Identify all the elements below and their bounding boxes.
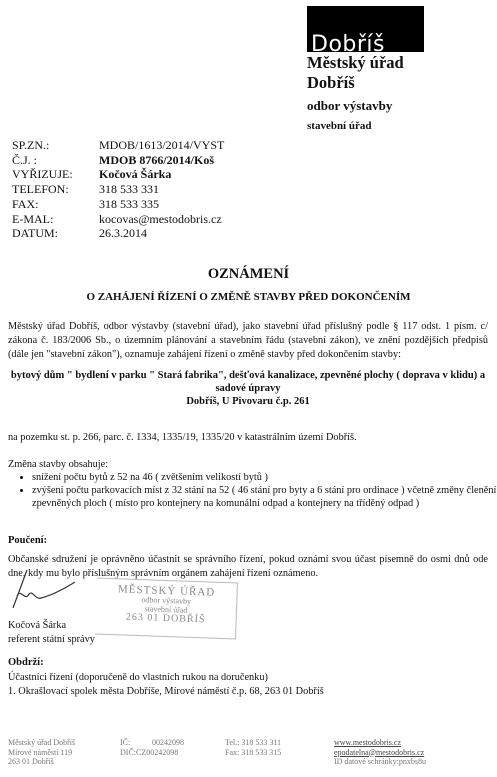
recipients-heading: Obdrží:: [8, 657, 44, 668]
meta-label: TELEFON:: [12, 182, 99, 197]
official-stamp: MĚSTSKÝ ÚŘAD odbor výstavby stavební úřa…: [95, 578, 238, 640]
sub-department-name: stavební úřad: [307, 120, 372, 132]
footer-ic: IČ:00242098: [120, 738, 184, 748]
office-name-line1: Městský úřad: [307, 53, 404, 73]
footer-address-line: 263 01 Dobříš: [8, 757, 75, 767]
meta-label: Č.J. :: [12, 153, 99, 168]
meta-label: E-MAL:: [12, 212, 99, 227]
footer-contacts: www.mestodobris.cz epodatelna@mestodobri…: [334, 738, 426, 767]
footer-dic: DIČ:CZ00242098: [120, 748, 184, 758]
project-address: Dobříš, U Pivovaru č.p. 261: [8, 395, 488, 408]
meta-value: Kočová Šárka: [99, 167, 171, 182]
meta-value: MDOB 8766/2014/Koš: [99, 153, 214, 168]
meta-row-spzn: SP.ZN.: MDOB/1613/2014/VYST: [12, 138, 224, 153]
list-item: zvýšení počtu parkovacích míst z 32 stán…: [32, 484, 497, 510]
meta-value: 318 533 335: [99, 197, 159, 212]
meta-row-fax: FAX: 318 533 335: [12, 197, 224, 212]
footer-address-line: Městský úřad Dobříš: [8, 738, 75, 748]
instruction-heading: Poučení:: [8, 535, 47, 546]
meta-value: kocovas@mestodobris.cz: [99, 212, 222, 227]
meta-value: 26.3.2014: [99, 226, 147, 241]
meta-row-cj: Č.J. : MDOB 8766/2014/Koš: [12, 153, 224, 168]
city-logo: Dobříš: [307, 6, 424, 52]
project-name: bytový dům " bydlení v parku " Stará fab…: [8, 369, 488, 395]
office-name-line2: Dobříš: [307, 73, 355, 93]
project-description: bytový dům " bydlení v parku " Stará fab…: [8, 369, 488, 408]
document-subtitle: O ZAHÁJENÍ ŘÍZENÍ O ZMĚNĚ STAVBY PŘED DO…: [0, 291, 497, 303]
ic-label: IČ:: [120, 738, 152, 748]
changes-list: snížení počtu bytů z 52 na 46 ( zvětšení…: [18, 471, 497, 510]
signature-icon: [5, 568, 85, 618]
meta-label: DATUM:: [12, 226, 99, 241]
footer-tel: Tel.: 318 533 311: [225, 738, 281, 748]
email-link[interactable]: epodatelna@mestodobris.cz: [334, 748, 426, 758]
website-link[interactable]: www.mestodobris.cz: [334, 738, 426, 748]
meta-row-telefon: TELEFON: 318 533 331: [12, 182, 224, 197]
department-name: odbor výstavby: [307, 98, 392, 114]
footer-address: Městský úřad Dobříš Mírové náměstí 119 2…: [8, 738, 75, 767]
meta-value: 318 533 331: [99, 182, 159, 197]
footer-fax: Fax: 318 533 315: [225, 748, 281, 758]
footer-phones: Tel.: 318 533 311 Fax: 318 533 315: [225, 738, 281, 757]
list-item: snížení počtu bytů z 52 na 46 ( zvětšení…: [32, 471, 497, 484]
recipient-line: Účastníci řízení (doporučeně do vlastníc…: [8, 671, 324, 685]
meta-label: VYŘIZUJE:: [12, 167, 99, 182]
recipients-list: Účastníci řízení (doporučeně do vlastníc…: [8, 671, 324, 699]
changes-heading: Změna stavby obsahuje:: [8, 459, 108, 470]
footer-address-line: Mírové náměstí 119: [8, 748, 75, 758]
meta-row-email: E-MAL: kocovas@mestodobris.cz: [12, 212, 224, 227]
meta-label: FAX:: [12, 197, 99, 212]
signer-role: referent státní správy: [8, 633, 95, 647]
meta-row-vyrizuje: VYŘIZUJE: Kočová Šárka: [12, 167, 224, 182]
intro-paragraph: Městský úřad Dobříš, odbor výstavby (sta…: [8, 320, 488, 362]
signer-name: Kočová Šárka: [8, 619, 95, 633]
footer-ids: IČ:00242098 DIČ:CZ00242098: [120, 738, 184, 757]
logo-text: Dobříš: [311, 32, 385, 52]
meta-row-datum: DATUM: 26.3.2014: [12, 226, 224, 241]
document-title: OZNÁMENÍ: [0, 266, 497, 283]
reference-block: SP.ZN.: MDOB/1613/2014/VYST Č.J. : MDOB …: [12, 138, 224, 241]
ic-value: 00242098: [152, 738, 184, 747]
location-paragraph: na pozemku st. p. 266, parc. č. 1334, 13…: [8, 431, 488, 445]
signer-block: Kočová Šárka referent státní správy: [8, 619, 95, 647]
recipient-line: 1. Okrašlovací spolek města Dobříše, Mír…: [8, 685, 324, 699]
meta-value: MDOB/1613/2014/VYST: [99, 138, 224, 153]
meta-label: SP.ZN.:: [12, 138, 99, 153]
databox-id: ID datové schránky:pnxbs8u: [334, 757, 426, 767]
